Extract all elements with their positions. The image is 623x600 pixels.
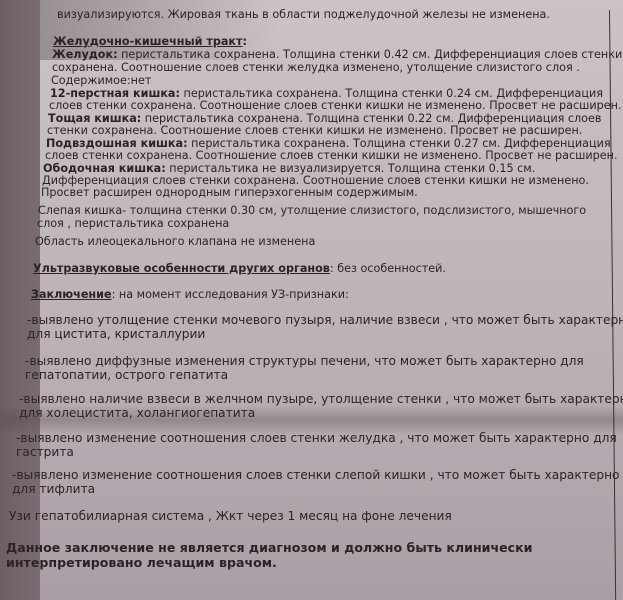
conclusion-item-3-line-2: для холецистита, холангиогепатита	[19, 406, 255, 420]
intro-line: визуализируются. Жировая ткань в области…	[57, 9, 550, 22]
cecum-line-1: Слепая кишка- толщина стенки 0.30 см, ут…	[38, 205, 586, 218]
stomach-label: Желудок:	[52, 48, 118, 61]
conclusion-item-2-line-2: гепатопатии, острого гепатита	[25, 368, 228, 382]
duodenum-line-2: слоев стенки сохранена. Соотношение слое…	[49, 100, 622, 113]
gi-tract-heading-text: Желудочно-кишечный тракт	[53, 35, 243, 48]
stomach-line-2: сохранена. Соотношение слоев стенки желу…	[52, 62, 580, 75]
gi-tract-heading: Желудочно-кишечный тракт:	[53, 36, 247, 49]
conclusion-item-5-line-1: -выявлено изменение соотношения слоев ст…	[12, 468, 620, 482]
ileocecal-line: Область илеоцекального клапана не измене…	[35, 236, 315, 249]
cecum-line-2: слоя , перистальтика сохранена	[37, 218, 229, 231]
conclusion-item-4-line-1: -выявлено изменение соотношения слоев ст…	[16, 431, 617, 445]
conclusion-heading: Заключение	[31, 288, 112, 301]
disclaimer-line-2: интерпретировано лечащим врачом.	[6, 557, 277, 570]
stomach-line-1: Желудок: перистальтика сохранена. Толщин…	[52, 49, 622, 62]
jejunum-line-2: стенки сохранена. Соотношение слоев стен…	[47, 125, 582, 138]
other-organs-text: : без особенностей.	[330, 262, 446, 275]
gi-tract-heading-colon: :	[243, 35, 247, 48]
conclusion-item-2-line-1: -выявлено диффузные изменения структуры …	[25, 354, 584, 368]
report-content: визуализируются. Жировая ткань в области…	[0, 0, 623, 600]
conclusion-item-1-line-2: для цистита, кристаллурии	[27, 327, 205, 341]
disclaimer-line-1: Данное заключение не является диагнозом …	[6, 542, 533, 555]
colon-line-3: Просвет расширен однородным гиперэхогенн…	[41, 187, 418, 200]
ileum-line-2: слоев стенки сохранена. Соотношение слое…	[45, 150, 618, 163]
other-organs-heading: Ультразвуковые особенности других органо…	[33, 262, 330, 275]
other-organs-line: Ультразвуковые особенности других органо…	[33, 263, 446, 276]
conclusion-item-3-line-1: -выявлено наличие взвеси в желчном пузыр…	[19, 392, 623, 406]
stomach-text-1: перистальтика сохранена. Толщина стенки …	[118, 48, 623, 61]
conclusion-item-4-line-2: гастрита	[16, 445, 74, 459]
stomach-line-3: Содержимое:нет	[51, 75, 151, 88]
conclusion-item-1-line-1: -выявлено утолщение стенки мочевого пузы…	[27, 313, 623, 327]
conclusion-line: Заключение: на момент исследования УЗ-пр…	[31, 289, 349, 302]
conclusion-intro: : на момент исследования УЗ-признаки:	[112, 288, 349, 301]
recommendation-line: Узи гепатобилиарная система , Жкт через …	[9, 509, 452, 523]
conclusion-item-5-line-2: для тифлита	[12, 482, 95, 496]
